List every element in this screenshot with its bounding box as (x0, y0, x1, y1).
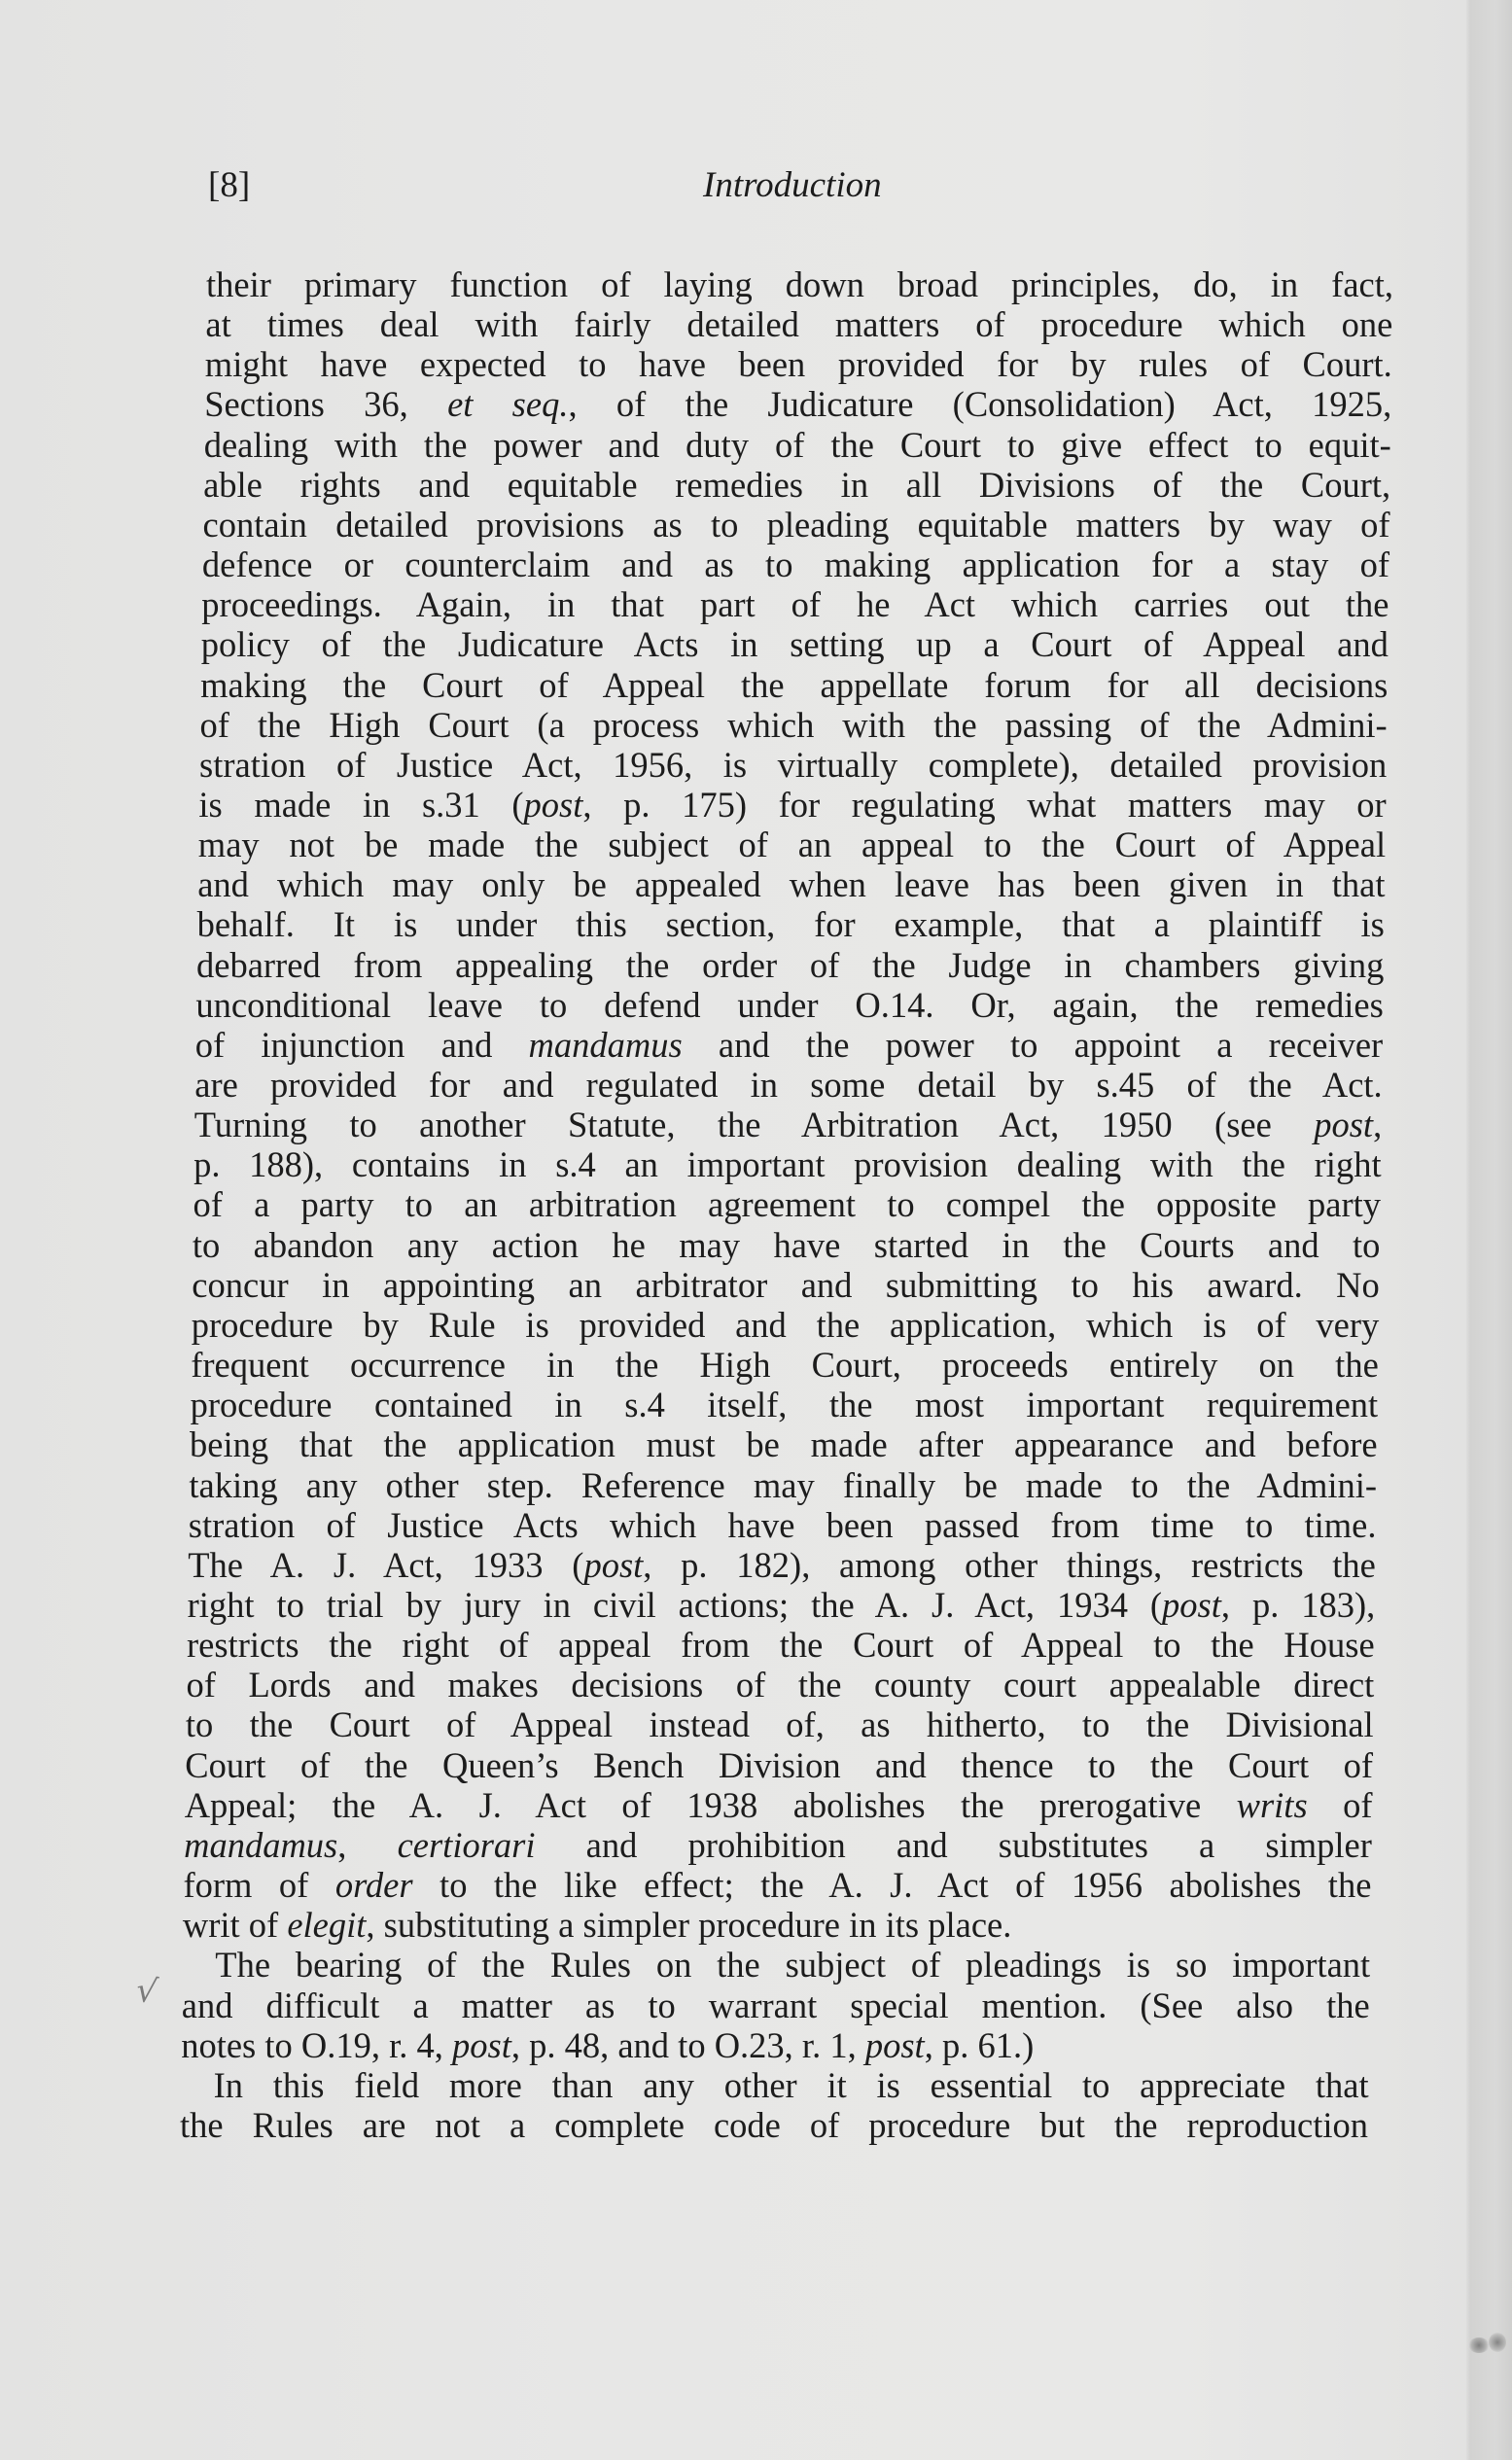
text-segment: procedure contained in s.4 itself, the m… (191, 1385, 1379, 1424)
text-segment: contain detailed provisions as to pleadi… (203, 505, 1390, 545)
text-line: form of order to the like effect; the A.… (184, 1865, 1372, 1906)
text-line: debarred from appealing the order of the… (196, 945, 1384, 986)
text-segment: may not be made the subject of an appeal… (198, 825, 1386, 864)
text-segment: procedure by Rule is provided and the ap… (192, 1305, 1380, 1345)
text-segment: might have expected to have been provide… (205, 344, 1392, 384)
text-segment: are provided for and regulated in some d… (194, 1065, 1382, 1105)
text-segment: , substituting a simpler procedure in it… (366, 1905, 1011, 1945)
text-segment: of Lords and makes decisions of the coun… (187, 1665, 1375, 1704)
text-segment: notes to O.19, r. 4, (181, 2025, 452, 2065)
text-line: the Rules are not a complete code of pro… (180, 2105, 1368, 2146)
text-line: of injunction and mandamus and the power… (195, 1025, 1383, 1066)
text-line: Turning to another Statute, the Arbitrat… (194, 1105, 1383, 1145)
italic-text: mandamus (529, 1025, 683, 1065)
ink-smudge (1489, 2333, 1506, 2352)
text-line: procedure by Rule is provided and the ap… (192, 1305, 1380, 1346)
text-segment: and which may only be appealed when leav… (197, 864, 1385, 904)
text-line: right to trial by jury in civil actions;… (188, 1585, 1376, 1626)
text-segment: to the Court of Appeal instead of, as hi… (186, 1704, 1374, 1744)
text-line: and which may only be appealed when leav… (197, 864, 1385, 905)
text-segment: stration of Justice Act, 1956, is virtua… (199, 745, 1387, 785)
text-segment: and prohibition and substitutes a simple… (536, 1825, 1372, 1865)
text-segment: right to trial by jury in civil actions;… (188, 1585, 1162, 1625)
text-segment: is made in s.31 ( (198, 785, 523, 825)
text-segment: of (1308, 1785, 1373, 1825)
text-segment: frequent occurrence in the High Court, p… (191, 1345, 1379, 1385)
text-segment: stration of Justice Acts which have been… (189, 1505, 1377, 1545)
text-segment: , (337, 1825, 397, 1865)
text-line: and difficult a matter as to warrant spe… (182, 1986, 1370, 2026)
text-segment: debarred from appealing the order of the… (196, 945, 1384, 985)
text-line: notes to O.19, r. 4, post, p. 48, and to… (181, 2025, 1369, 2066)
text-line: unconditional leave to defend under O.14… (195, 985, 1383, 1026)
text-line: concur in appointing an arbitrator and s… (192, 1265, 1380, 1306)
text-segment: and difficult a matter as to warrant spe… (182, 1986, 1370, 2025)
text-line: of Lords and makes decisions of the coun… (187, 1665, 1375, 1705)
text-line: might have expected to have been provide… (205, 344, 1392, 385)
text-line: may not be made the subject of an appeal… (198, 825, 1386, 865)
text-line: of the High Court (a process which with … (200, 705, 1388, 746)
text-segment: being that the application must be made … (190, 1424, 1378, 1464)
text-line: mandamus, certiorari and prohibition and… (184, 1825, 1372, 1866)
text-segment: and the power to appoint a receiver (683, 1025, 1383, 1065)
text-line: procedure contained in s.4 itself, the m… (191, 1385, 1379, 1425)
text-segment: , of the Judicature (Consolidation) Act,… (568, 384, 1391, 424)
text-segment: at times deal with fairly detailed matte… (205, 304, 1392, 344)
italic-text: mandamus (184, 1825, 337, 1865)
text-line: proceedings. Again, in that part of he A… (201, 584, 1389, 625)
text-line: policy of the Judicature Acts in setting… (201, 624, 1389, 665)
text-line: stration of Justice Act, 1956, is virtua… (199, 745, 1387, 786)
text-segment: defence or counterclaim and as to making… (202, 545, 1389, 584)
text-segment: behalf. It is under this section, for ex… (197, 904, 1385, 944)
text-segment: Court of the Queen’s Bench Division and … (185, 1745, 1373, 1785)
italic-text: writs (1237, 1785, 1308, 1825)
text-segment: their primary function of laying down br… (206, 264, 1393, 304)
text-line: at times deal with fairly detailed matte… (205, 304, 1392, 345)
text-segment: able rights and equitable remedies in al… (203, 465, 1390, 505)
text-segment: p. 188), contains in s.4 an important pr… (193, 1144, 1382, 1184)
text-line: defence or counterclaim and as to making… (202, 545, 1389, 585)
text-line: contain detailed provisions as to pleadi… (203, 505, 1390, 545)
text-line: The bearing of the Rules on the subject … (182, 1945, 1370, 1986)
text-segment: policy of the Judicature Acts in setting… (201, 624, 1389, 664)
text-segment: , p. 182), among other things, restricts… (643, 1545, 1376, 1585)
italic-text: certiorari (398, 1825, 536, 1865)
text-line: are provided for and regulated in some d… (194, 1065, 1382, 1106)
text-segment: In this field more than any other it is … (214, 2065, 1369, 2105)
ink-smudge (1468, 2337, 1490, 2353)
text-segment: taking any other step. Reference may fin… (189, 1465, 1377, 1505)
body-text: their primary function of laying down br… (0, 0, 1512, 2460)
text-segment: The A. J. Act, 1933 ( (188, 1545, 583, 1585)
text-segment: to the like effect; the A. J. Act of 195… (413, 1865, 1372, 1905)
text-line: In this field more than any other it is … (181, 2065, 1369, 2106)
text-line: behalf. It is under this section, for ex… (197, 904, 1385, 945)
italic-text: post (1314, 1105, 1373, 1144)
italic-text: post (524, 785, 583, 825)
text-segment: making the Court of Appeal the appellate… (200, 665, 1388, 705)
text-line: The A. J. Act, 1933 (post, p. 182), amon… (188, 1545, 1376, 1586)
text-segment: , p. 61.) (925, 2025, 1035, 2065)
text-line: restricts the right of appeal from the C… (187, 1625, 1375, 1666)
text-segment: form of (184, 1865, 335, 1905)
text-line: writ of elegit, substituting a simpler p… (183, 1905, 1371, 1946)
text-segment: Sections 36, (204, 384, 447, 424)
italic-text: post (865, 2025, 925, 2065)
text-segment: of the High Court (a process which with … (200, 705, 1388, 745)
italic-text: elegit (287, 1905, 366, 1945)
text-line: frequent occurrence in the High Court, p… (191, 1345, 1379, 1386)
text-line: dealing with the power and duty of the C… (204, 425, 1391, 466)
text-segment: restricts the right of appeal from the C… (187, 1625, 1375, 1665)
text-segment: of a party to an arbitration agreement t… (193, 1184, 1382, 1224)
text-line: of a party to an arbitration agreement t… (193, 1184, 1382, 1225)
text-segment: of injunction and (195, 1025, 529, 1065)
text-segment: unconditional leave to defend under O.14… (195, 985, 1383, 1025)
text-segment: , p. 175) for regulating what matters ma… (582, 785, 1386, 825)
text-line: Appeal; the A. J. Act of 1938 abolishes … (185, 1785, 1373, 1826)
italic-text: et seq. (447, 384, 568, 424)
text-segment: to abandon any action he may have starte… (193, 1225, 1381, 1265)
text-segment: , p. 48, and to O.23, r. 1, (511, 2025, 865, 2065)
text-line: Sections 36, et seq., of the Judicature … (204, 384, 1391, 425)
text-segment: Appeal; the A. J. Act of 1938 abolishes … (185, 1785, 1237, 1825)
text-line: their primary function of laying down br… (206, 264, 1393, 305)
text-segment: The bearing of the Rules on the subject … (215, 1945, 1370, 1985)
italic-text: post (583, 1545, 643, 1585)
text-line: to the Court of Appeal instead of, as hi… (186, 1704, 1374, 1745)
text-segment: Turning to another Statute, the Arbitrat… (194, 1105, 1315, 1144)
text-segment: the Rules are not a complete code of pro… (180, 2105, 1368, 2145)
italic-text: order (335, 1865, 413, 1905)
text-line: stration of Justice Acts which have been… (189, 1505, 1377, 1546)
text-segment: concur in appointing an arbitrator and s… (192, 1265, 1380, 1305)
text-segment: writ of (183, 1905, 287, 1945)
text-segment: dealing with the power and duty of the C… (204, 425, 1391, 465)
text-line: being that the application must be made … (190, 1424, 1378, 1465)
text-segment: , p. 183), (1221, 1585, 1375, 1625)
text-line: able rights and equitable remedies in al… (203, 465, 1390, 506)
text-line: taking any other step. Reference may fin… (189, 1465, 1377, 1506)
text-line: p. 188), contains in s.4 an important pr… (193, 1144, 1382, 1185)
text-segment: proceedings. Again, in that part of he A… (201, 584, 1389, 624)
text-line: Court of the Queen’s Bench Division and … (185, 1745, 1373, 1786)
italic-text: post (452, 2025, 511, 2065)
text-line: is made in s.31 (post, p. 175) for regul… (198, 785, 1386, 826)
text-line: to abandon any action he may have starte… (193, 1225, 1381, 1266)
italic-text: post (1162, 1585, 1221, 1625)
text-line: making the Court of Appeal the appellate… (200, 665, 1388, 706)
text-segment: , (1373, 1105, 1382, 1144)
